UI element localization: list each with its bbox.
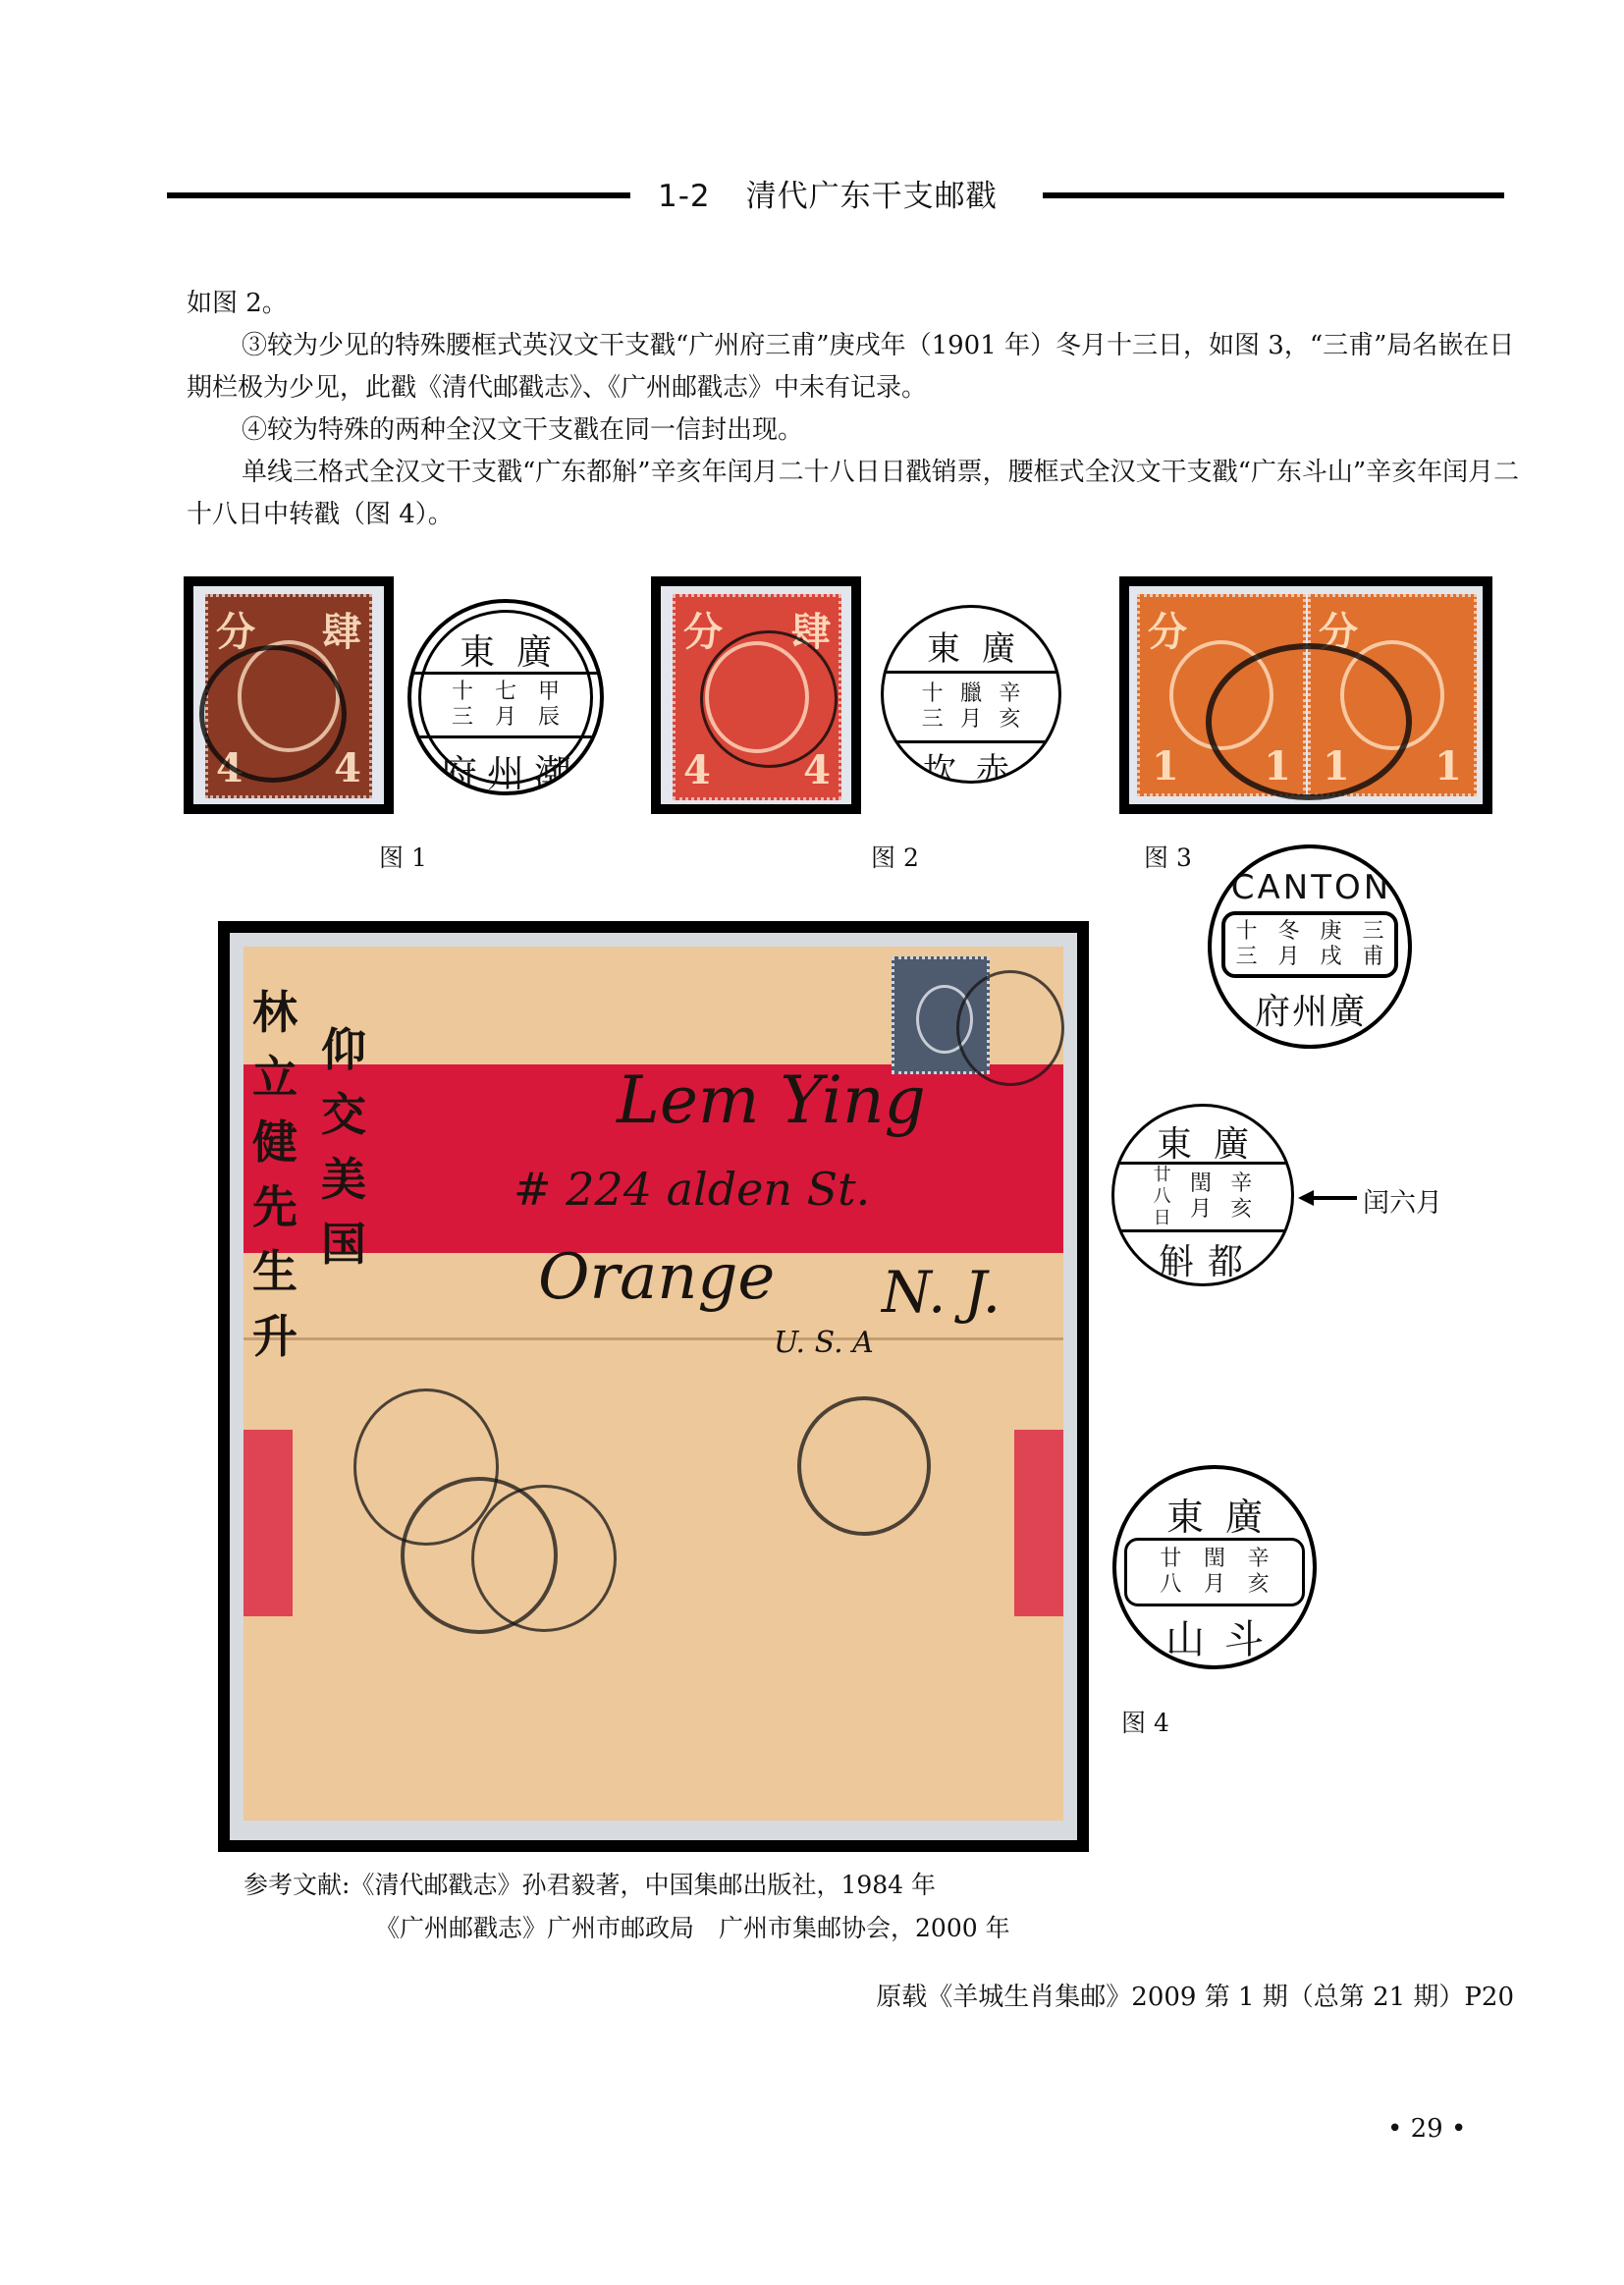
- back-postmark: [797, 1396, 931, 1536]
- red-band-back-left: [244, 1430, 293, 1616]
- body-text: 如图 2。 ③较为少见的特殊腰框式英汉文干支戳“广州府三甫”庚戌年（1901 年…: [187, 283, 1522, 536]
- header-rule-left: [167, 192, 630, 198]
- cancel-mark: [199, 645, 347, 783]
- source-note: 原载《羊城生肖集邮》2009 第 1 期（总第 21 期）P20: [876, 1977, 1514, 2013]
- section-title: 清代广东干支邮戳: [746, 179, 998, 214]
- leap-month-annotation: 闰六月: [1363, 1181, 1442, 1220]
- paragraph: ③较为少见的特殊腰框式英汉文干支戳“广州府三甫”庚戌年（1901 年）冬月十三日…: [187, 325, 1522, 409]
- fig4-postmark-b-diagram: 東廣 廿八 閏月 辛亥 山斗: [1112, 1465, 1317, 1669]
- handwritten-destination-chinese: 仰交美国: [316, 1017, 371, 1277]
- handwritten-country: U. S. A: [774, 1326, 874, 1360]
- references: 参考文献:《清代邮戳志》孙君毅著，中国集邮出版社，1984 年 《广州邮戳志》广…: [244, 1864, 1010, 1950]
- paragraph: 单线三格式全汉文干支戳“广东都斛”辛亥年闰月二十八日日戳销票，腰框式全汉文干支戳…: [187, 452, 1522, 536]
- page-number: • 29 •: [1387, 2114, 1466, 2144]
- handwritten-street: # 224 alden St.: [514, 1163, 870, 1216]
- reference-item: 《广州邮戳志》广州市邮政局 广州市集邮协会，2000 年: [244, 1907, 1010, 1950]
- reference-item: 《清代邮戳志》孙君毅著，中国集邮出版社，1984 年: [350, 1871, 936, 1899]
- handwritten-city: Orange: [538, 1241, 775, 1314]
- handwritten-state: N. J.: [882, 1259, 1001, 1326]
- fig2-caption: 图 2: [871, 839, 919, 874]
- fig4-postmark-a-diagram: 東廣 廿八日 閏月 辛亥 斛都: [1111, 1104, 1294, 1286]
- fig3-stamp-photo: 分11 分11: [1119, 576, 1492, 814]
- red-band-back-right: [1014, 1430, 1063, 1616]
- envelope-fold: [244, 1337, 1063, 1340]
- fig3-caption: 图 3: [1144, 839, 1192, 874]
- section-number: 1-2: [658, 179, 711, 214]
- fig1-postmark-diagram: 東廣 十三 七月 甲辰 府州潮: [407, 599, 604, 795]
- fig4-cover-photo: 林立健先生升 仰交美国 Lem Ying # 224 alden St. Ora…: [218, 921, 1089, 1852]
- fig3-postmark-diagram: CANTON 十三 冬月 庚戌 三甫 府州廣: [1208, 844, 1412, 1049]
- paragraph: 如图 2。: [187, 283, 1522, 325]
- fig4-caption: 图 4: [1121, 1704, 1169, 1739]
- fig2-stamp-photo: 分肆 44: [651, 576, 861, 814]
- back-postmark: [471, 1485, 617, 1632]
- paragraph: ④较为特殊的两种全汉文干支戳在同一信封出现。: [187, 409, 1522, 452]
- handwritten-name: Lem Ying: [617, 1062, 926, 1138]
- cancel-mark: [700, 630, 838, 768]
- front-cancel-mark: [956, 970, 1064, 1086]
- envelope: 林立健先生升 仰交美国 Lem Ying # 224 alden St. Ora…: [244, 947, 1063, 1821]
- fig2-postmark-diagram: 東廣 十三 臘月 辛亥 坎赤: [881, 605, 1061, 784]
- handwritten-addressee-chinese: 林立健先生升: [247, 980, 302, 1369]
- references-label: 参考文献:: [244, 1871, 350, 1899]
- cancel-mark: [1206, 643, 1412, 800]
- fig1-caption: 图 1: [379, 839, 427, 874]
- section-heading: 1-2清代广东干支邮戳: [658, 171, 998, 215]
- fig1-stamp-photo: 分肆 44: [184, 576, 394, 814]
- header-rule-right: [1043, 192, 1504, 198]
- arrow-left-icon: [1298, 1188, 1357, 1208]
